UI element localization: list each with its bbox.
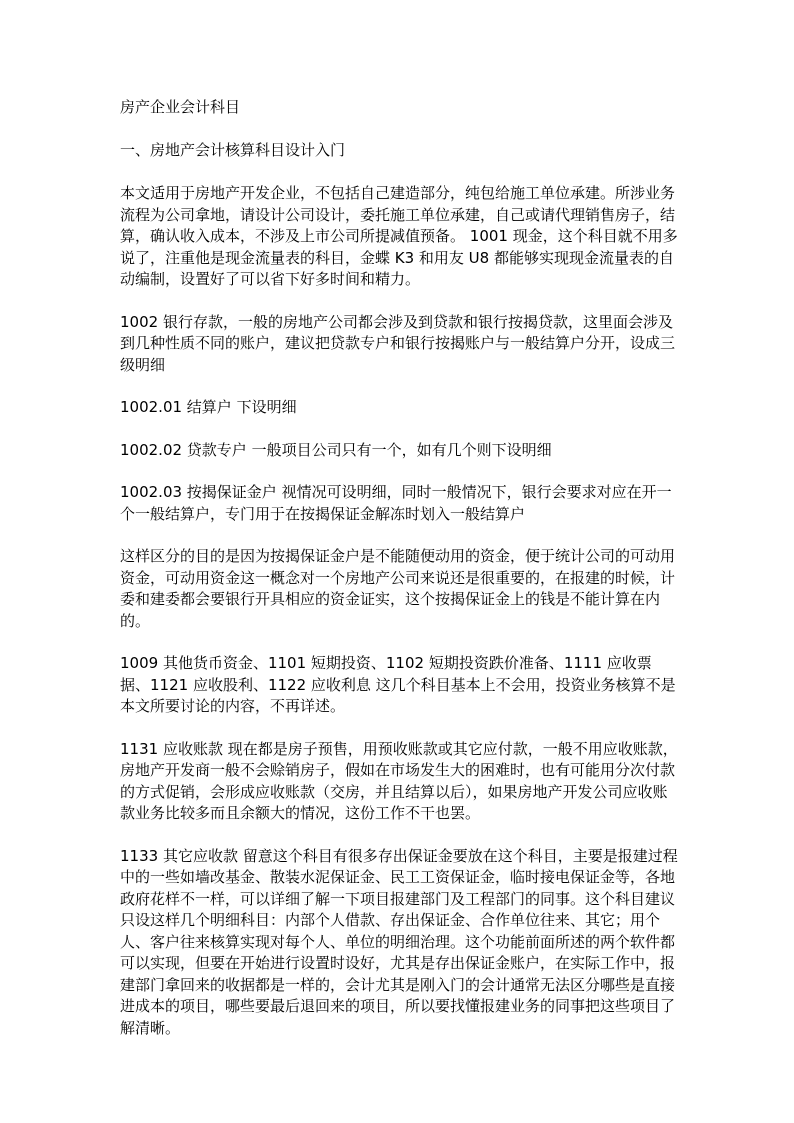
paragraph-purpose-explanation: 这样区分的目的是因为按揭保证金户是不能随便动用的资金，便于统计公司的可动用资金，… bbox=[120, 546, 680, 632]
paragraph-1002-01-settlement-account: 1002.01 结算户 下设明细 bbox=[120, 397, 680, 419]
document-title: 房产企业会计科目 bbox=[120, 97, 680, 119]
paragraph-1009-other-accounts: 1009 其他货币资金、1101 短期投资、1102 短期投资跌价准备、1111… bbox=[120, 653, 680, 718]
document-page: 房产企业会计科目 一、房地产会计核算科目设计入门 本文适用于房地产开发企业，不包… bbox=[120, 97, 680, 1060]
section-heading: 一、房地产会计核算科目设计入门 bbox=[120, 140, 680, 162]
paragraph-intro-1001-cash: 本文适用于房地产开发企业，不包括自己建造部分，纯包给施工单位承建。所涉业务流程为… bbox=[120, 183, 680, 291]
paragraph-1002-bank-deposit: 1002 银行存款，一般的房地产公司都会涉及到贷款和银行按揭贷款，这里面会涉及到… bbox=[120, 312, 680, 377]
paragraph-1131-accounts-receivable: 1131 应收账款 现在都是房子预售，用预收账款或其它应付款，一般不用应收账款，… bbox=[120, 739, 680, 825]
paragraph-1002-02-loan-account: 1002.02 贷款专户 一般项目公司只有一个，如有几个则下设明细 bbox=[120, 440, 680, 462]
paragraph-1002-03-mortgage-deposit-account: 1002.03 按揭保证金户 视情况可设明细，同时一般情况下，银行会要求对应在开… bbox=[120, 482, 680, 525]
paragraph-1133-other-receivables: 1133 其它应收款 留意这个科目有很多存出保证金要放在这个科目，主要是报建过程… bbox=[120, 846, 680, 1040]
